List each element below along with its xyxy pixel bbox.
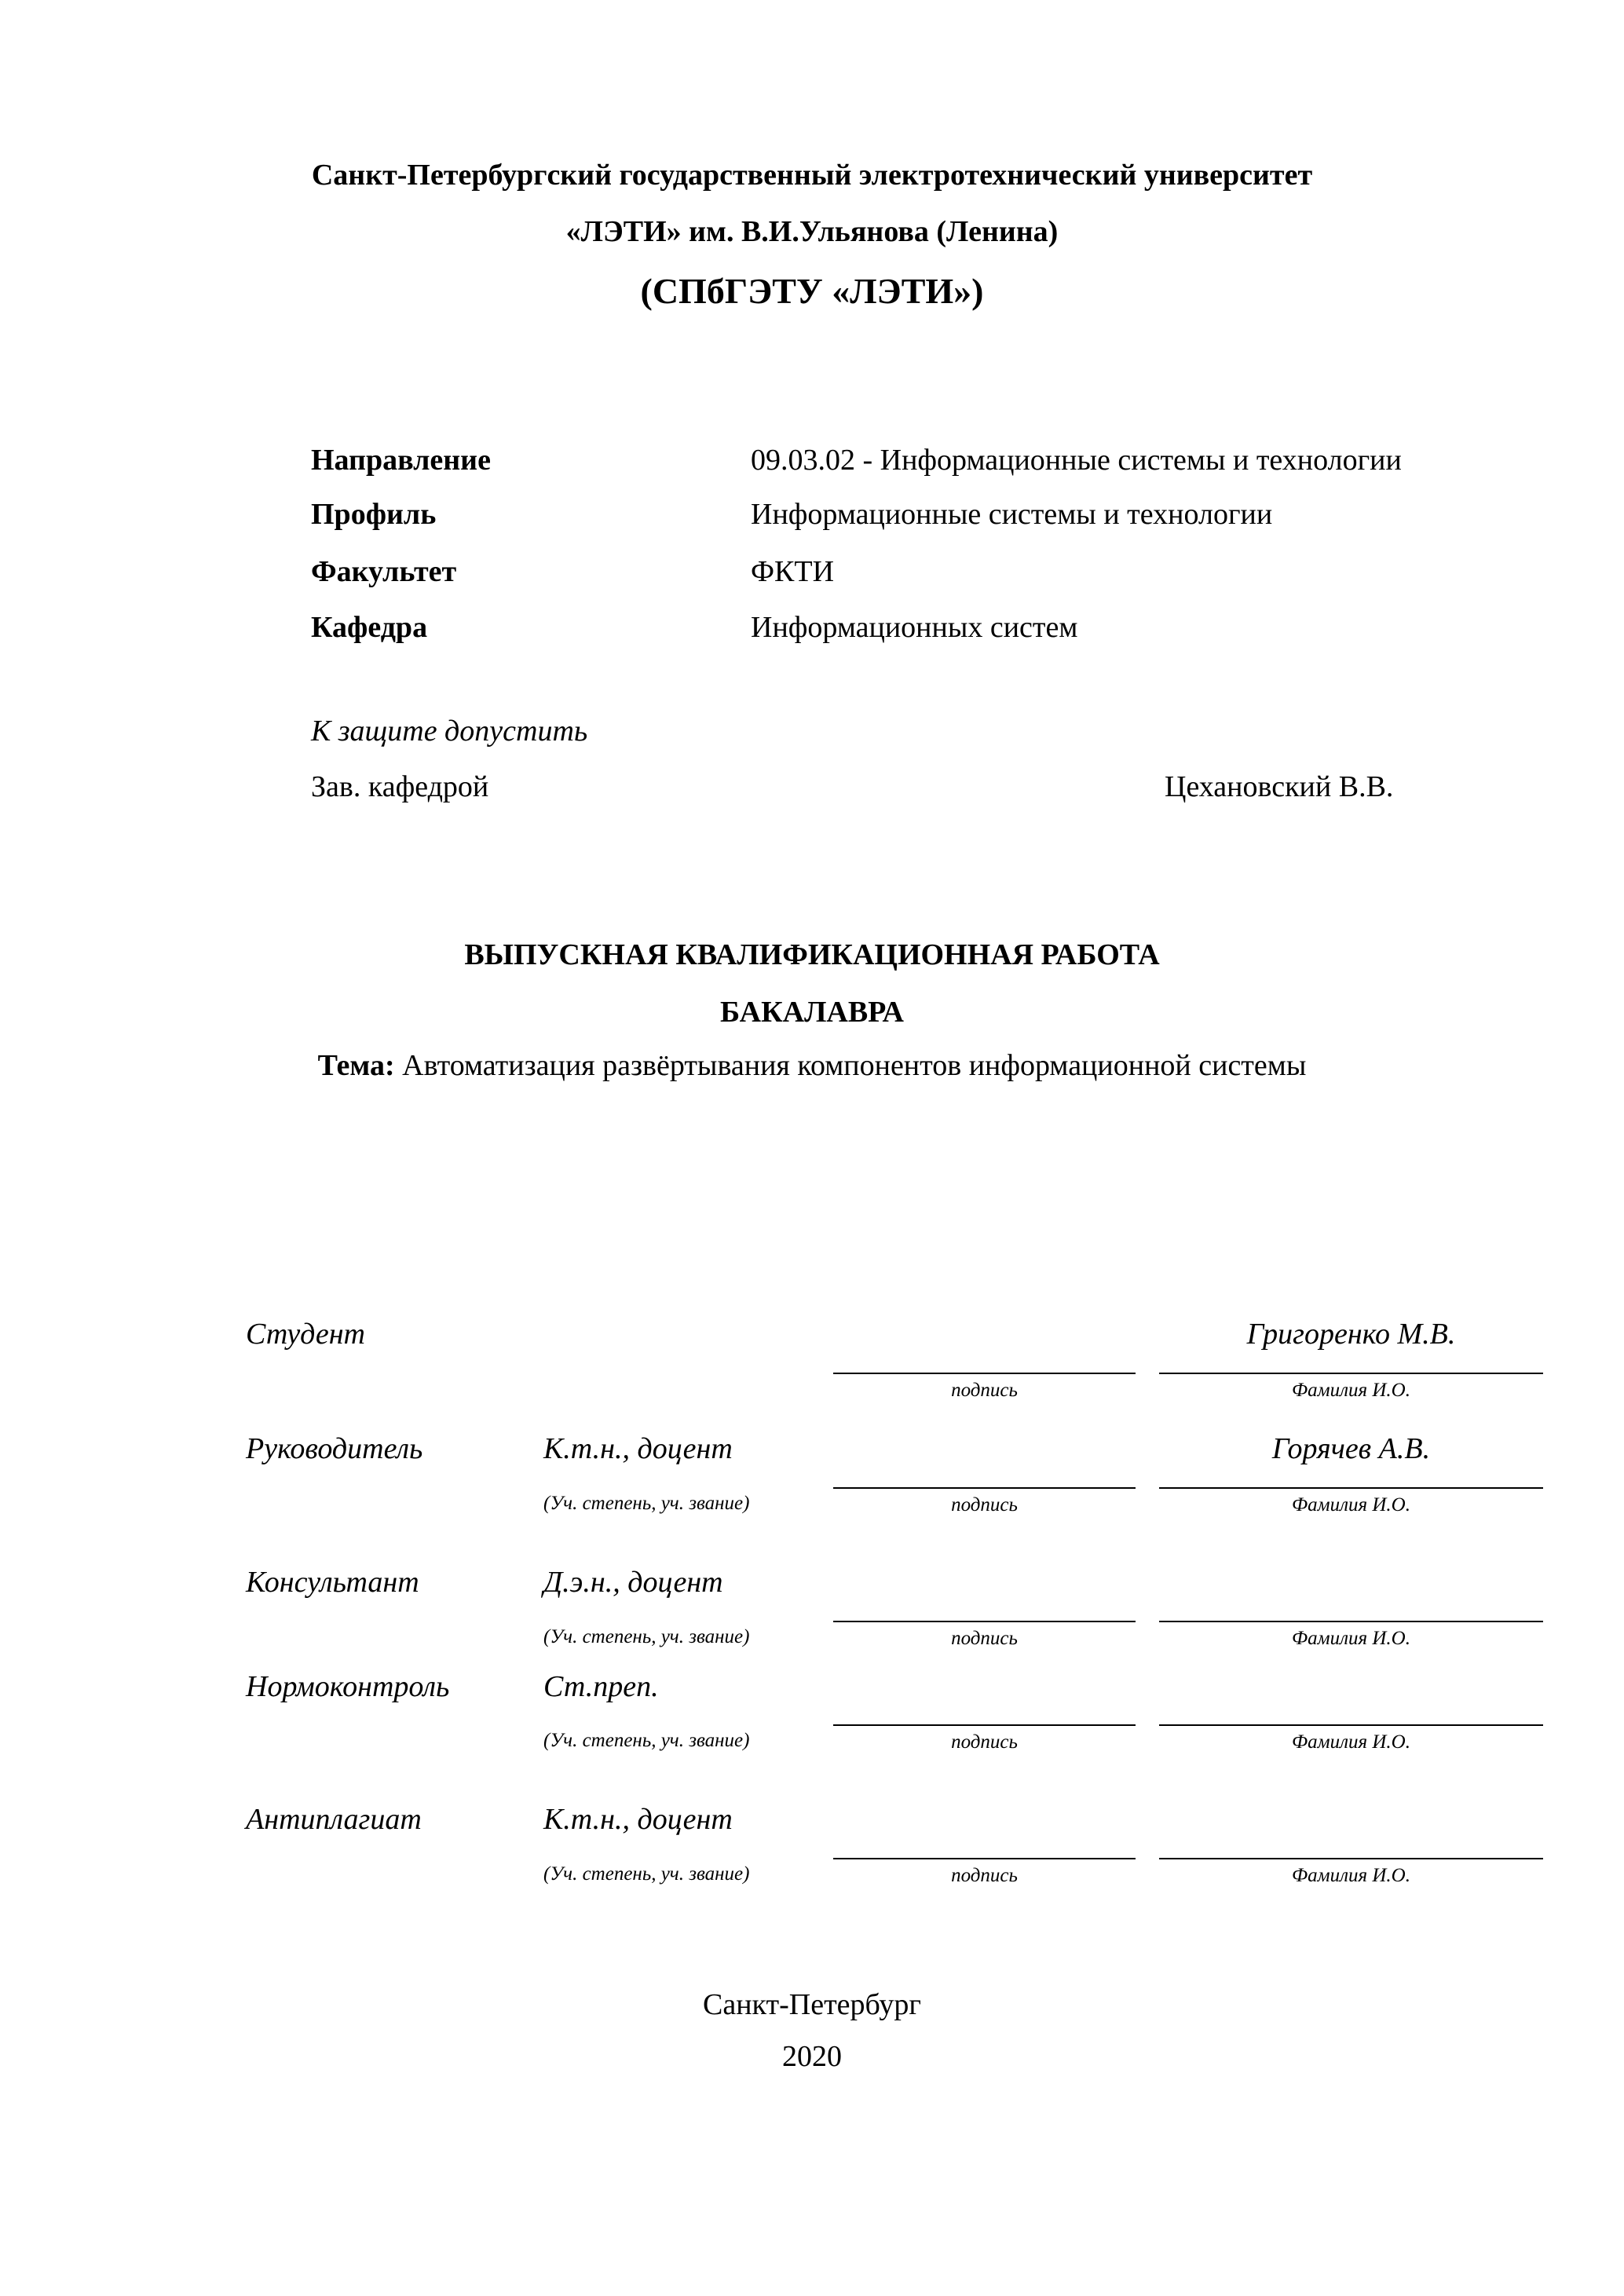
sig-degree-caption-consultant: (Уч. степень, уч. звание) (543, 1627, 749, 1647)
sig-name-supervisor: Горячев А.В. (1159, 1434, 1543, 1464)
sig-role-normcontrol: Нормоконтроль (246, 1672, 449, 1702)
sig-name-student: Григоренко М.В. (1159, 1319, 1543, 1349)
approval-name: Цехановский В.В. (1165, 772, 1393, 802)
info-value-faculty: ФКТИ (751, 557, 834, 587)
info-label-profile: Профиль (311, 499, 436, 529)
sig-name-line-supervisor (1159, 1487, 1543, 1489)
sig-name-caption-supervisor: Фамилия И.О. (1159, 1495, 1543, 1515)
sig-role-supervisor: Руководитель (246, 1434, 422, 1464)
sig-degree-consultant: Д.э.н., доцент (543, 1567, 723, 1597)
info-label-department: Кафедра (311, 612, 427, 642)
sig-name-line-normcontrol (1159, 1724, 1543, 1726)
sig-name-caption-normcontrol: Фамилия И.О. (1159, 1732, 1543, 1752)
sig-role-student: Студент (246, 1319, 365, 1349)
info-label-faculty: Факультет (311, 557, 456, 587)
sig-degree-normcontrol: Ст.преп. (543, 1672, 659, 1702)
topic-value: Автоматизация развёртывания компонентов … (402, 1049, 1306, 1082)
sig-degree-caption-antiplagiarism: (Уч. степень, уч. звание) (543, 1864, 749, 1884)
work-title-line1: ВЫПУСКНАЯ КВАЛИФИКАЦИОННАЯ РАБОТА (0, 940, 1624, 970)
sig-degree-caption-supervisor: (Уч. степень, уч. звание) (543, 1493, 749, 1513)
sig-signature-line-student (833, 1373, 1136, 1374)
sig-signature-caption-consultant: подпись (833, 1629, 1136, 1648)
sig-name-caption-student: Фамилия И.О. (1159, 1380, 1543, 1400)
university-name-line1: Санкт-Петербургский государственный элек… (0, 160, 1624, 190)
sig-degree-caption-normcontrol: (Уч. степень, уч. звание) (543, 1731, 749, 1750)
work-topic: Тема: Автоматизация развёртывания компон… (0, 1051, 1624, 1080)
sig-signature-line-supervisor (833, 1487, 1136, 1489)
sig-name-line-antiplagiarism (1159, 1858, 1543, 1859)
sig-signature-caption-supervisor: подпись (833, 1495, 1136, 1515)
info-label-direction: Направление (311, 445, 491, 475)
sig-signature-caption-normcontrol: подпись (833, 1732, 1136, 1752)
info-value-direction: 09.03.02 - Информационные системы и техн… (751, 445, 1402, 475)
topic-label: Тема: (318, 1049, 395, 1082)
sig-name-line-student (1159, 1373, 1543, 1374)
sig-name-line-consultant (1159, 1621, 1543, 1622)
sig-name-caption-consultant: Фамилия И.О. (1159, 1629, 1543, 1648)
sig-name-caption-antiplagiarism: Фамилия И.О. (1159, 1866, 1543, 1885)
approval-title: К защите допустить (311, 716, 587, 746)
footer-year: 2020 (0, 2042, 1624, 2071)
sig-signature-line-consultant (833, 1621, 1136, 1622)
sig-degree-antiplagiarism: К.т.н., доцент (543, 1804, 733, 1834)
work-title-line2: БАКАЛАВРА (0, 997, 1624, 1027)
university-name-line2: «ЛЭТИ» им. В.И.Ульянова (Ленина) (0, 217, 1624, 247)
info-value-profile: Информационные системы и технологии (751, 499, 1272, 529)
sig-role-antiplagiarism: Антиплагиат (246, 1804, 422, 1834)
sig-role-consultant: Консультант (246, 1567, 419, 1597)
footer-city: Санкт-Петербург (0, 1990, 1624, 2020)
sig-signature-line-normcontrol (833, 1724, 1136, 1726)
approval-position: Зав. кафедрой (311, 772, 488, 802)
sig-degree-supervisor: К.т.н., доцент (543, 1434, 733, 1464)
sig-signature-caption-student: подпись (833, 1380, 1136, 1400)
sig-signature-line-antiplagiarism (833, 1858, 1136, 1859)
info-value-department: Информационных систем (751, 612, 1077, 642)
university-abbreviation: (СПбГЭТУ «ЛЭТИ») (0, 273, 1624, 309)
sig-signature-caption-antiplagiarism: подпись (833, 1866, 1136, 1885)
